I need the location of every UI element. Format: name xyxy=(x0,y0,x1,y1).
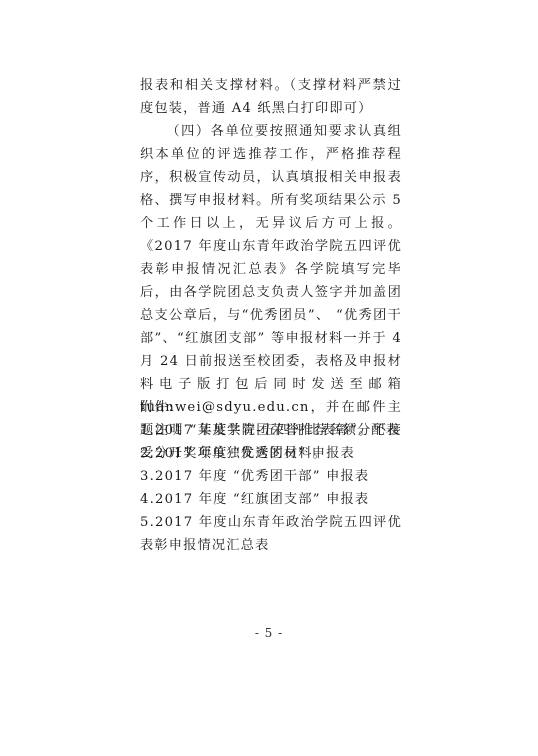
attachment-item: 1.2017 年度共青团荣誉推荐名额分配表 xyxy=(140,419,402,442)
attachments-section: 附件: 1.2017 年度共青团荣誉推荐名额分配表 2.2017 年度 “优秀团… xyxy=(140,396,402,557)
page-number: - 5 - xyxy=(0,626,538,640)
attachments-list: 1.2017 年度共青团荣誉推荐名额分配表 2.2017 年度 “优秀团员” 申… xyxy=(140,419,402,557)
paragraph-continuation: 报表和相关支撑材料。（支撑材料严禁过度包装，普通 A4 纸黑白打印即可） xyxy=(140,74,402,120)
attachment-item: 5.2017 年度山东青年政治学院五四评优表彰申报情况汇总表 xyxy=(140,511,402,557)
attachments-heading: 附件: xyxy=(140,396,402,419)
attachment-item: 4.2017 年度 “红旗团支部” 申报表 xyxy=(140,488,402,511)
attachment-item: 3.2017 年度 “优秀团干部” 申报表 xyxy=(140,465,402,488)
document-page: 报表和相关支撑材料。（支撑材料严禁过度包装，普通 A4 纸黑白打印即可） （四）… xyxy=(0,0,538,756)
attachment-item: 2.2017 年度 “优秀团员” 申报表 xyxy=(140,442,402,465)
